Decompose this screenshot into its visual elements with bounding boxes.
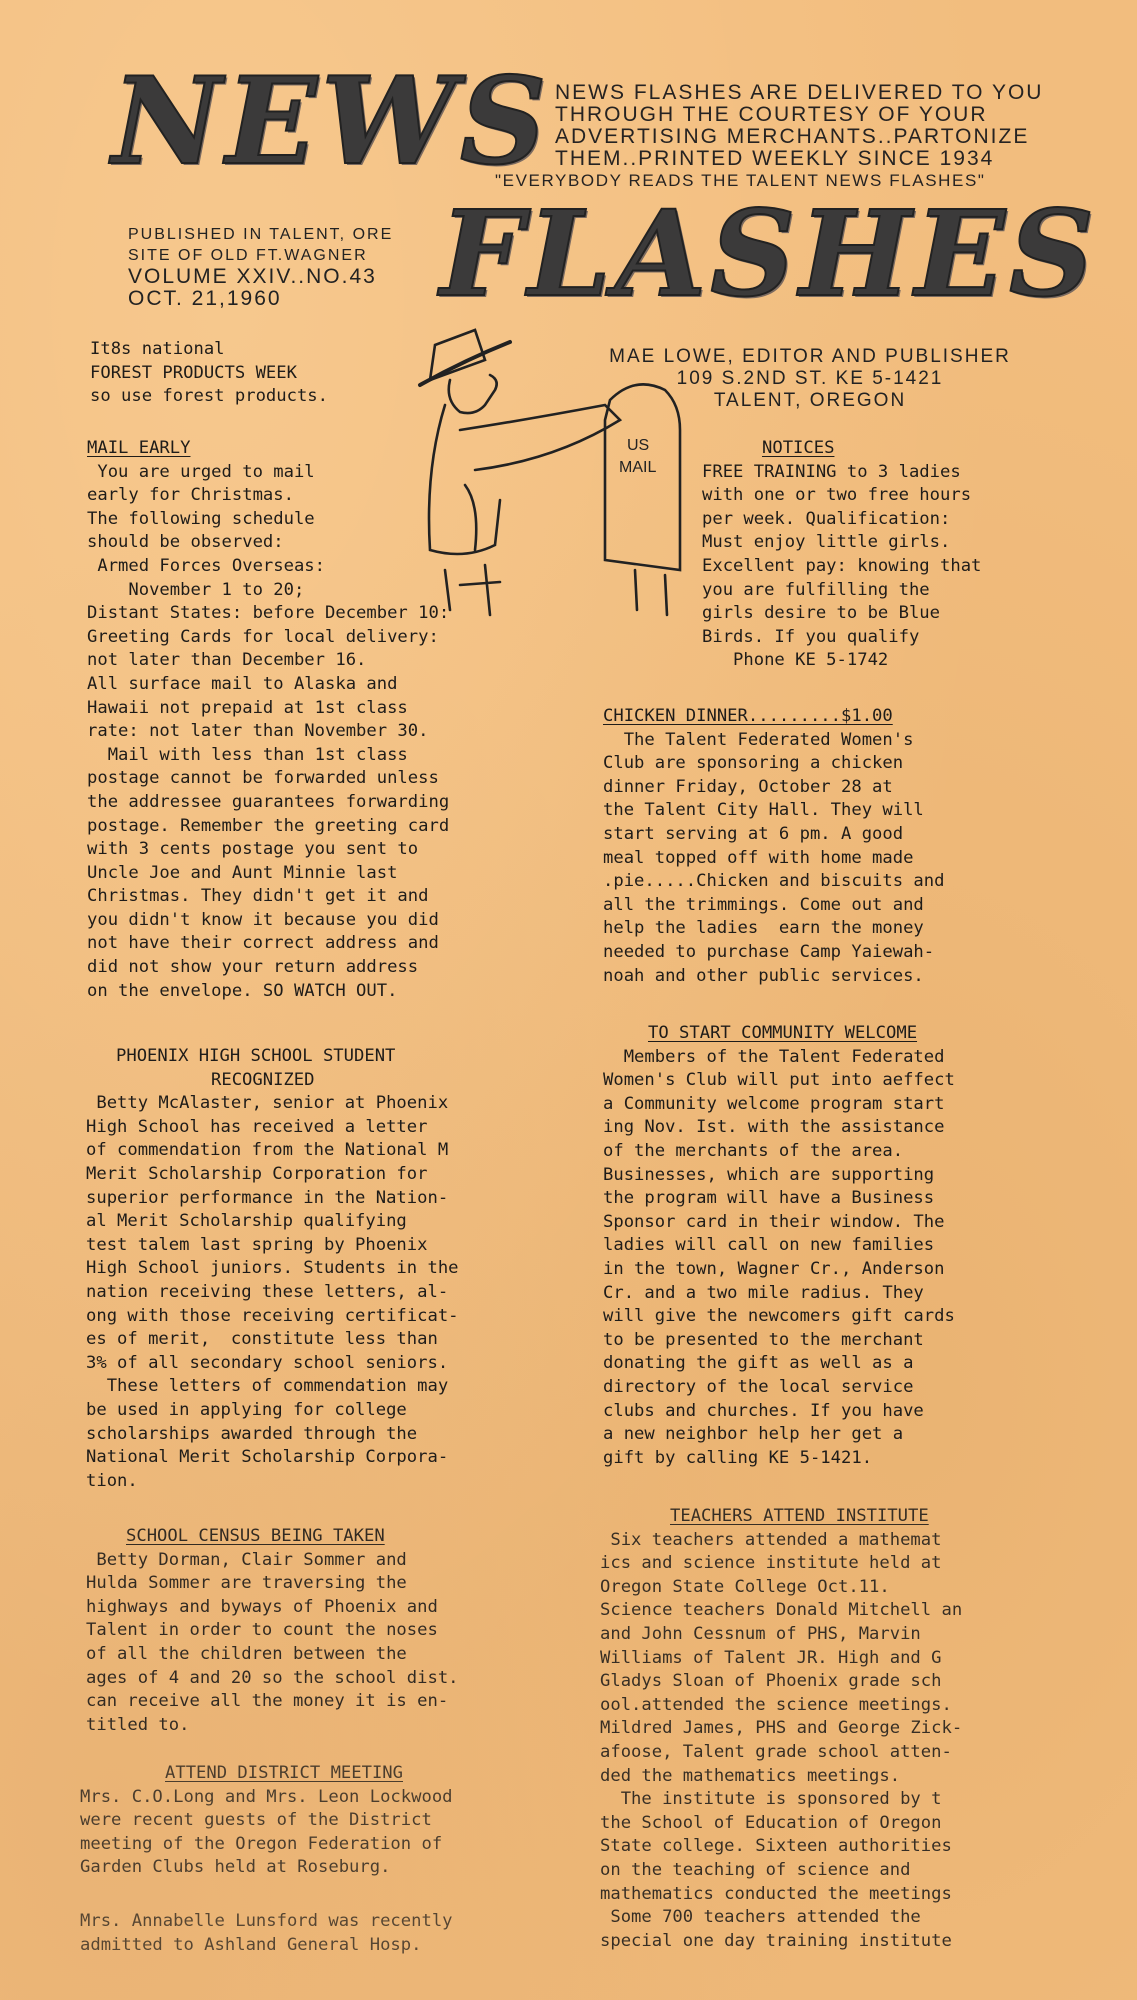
article-headline: ATTEND DISTRICT MEETING <box>165 1762 403 1786</box>
tagline-line: ADVERTISING MERCHANTS..PARTONIZE <box>555 126 1095 148</box>
publication-date: OCT. 21,1960 <box>128 288 393 310</box>
article-headline: CHICKEN DINNER.........$1.00 <box>603 705 893 729</box>
article-headline: MAIL EARLY <box>87 437 190 461</box>
masthead-slogan: "EVERYBODY READS THE TALENT NEWS FLASHES… <box>495 170 1095 192</box>
mailbox-icon <box>605 384 680 615</box>
article-community-welcome: TO START COMMUNITY WELCOME Members of th… <box>603 1022 955 1470</box>
article-headline: NOTICES <box>762 437 834 461</box>
article-body: Mrs. C.O.Long and Mrs. Leon Lockwood wer… <box>80 1787 453 1878</box>
article-hospital-notice: Mrs. Annabelle Lunsford was recently adm… <box>80 1910 453 1957</box>
publication-info: PUBLISHED IN TALENT, ORE SITE OF OLD FT.… <box>128 224 393 310</box>
article-body: Betty Dorman, Clair Sommer and Hulda Som… <box>86 1550 459 1735</box>
article-forest-products: It8s national FOREST PRODUCTS WEEK so us… <box>90 338 328 409</box>
svg-text:US: US <box>627 437 649 454</box>
article-headline: SCHOOL CENSUS BEING TAKEN <box>126 1525 385 1549</box>
masthead-title-news: NEWS <box>112 62 551 182</box>
article-headline: TEACHERS ATTEND INSTITUTE <box>670 1505 929 1529</box>
hat-icon <box>420 330 510 385</box>
article-body: The Talent Federated Women's Club are sp… <box>603 730 944 986</box>
article-headline-cont: RECOGNIZED <box>211 1070 314 1090</box>
article-school-census: SCHOOL CENSUS BEING TAKEN Betty Dorman, … <box>86 1525 459 1737</box>
article-body: You are urged to mail early for Christma… <box>87 462 449 1001</box>
masthead-title-flashes: FLASHES <box>440 195 1098 313</box>
article-body: Six teachers attended a mathemat ics and… <box>600 1530 962 1951</box>
article-district-meeting: ATTEND DISTRICT MEETING Mrs. C.O.Long an… <box>80 1762 453 1880</box>
article-teachers-institute: TEACHERS ATTEND INSTITUTE Six teachers a… <box>600 1505 962 1953</box>
tagline-line: THEM..PRINTED WEEKLY SINCE 1934 <box>555 148 1095 170</box>
tagline-line: NEWS FLASHES ARE DELIVERED TO YOU <box>555 82 1095 104</box>
article-chicken-dinner: CHICKEN DINNER.........$1.00 The Talent … <box>603 705 944 988</box>
masthead-tagline: NEWS FLASHES ARE DELIVERED TO YOU THROUG… <box>555 82 1095 192</box>
article-headline: PHOENIX HIGH SCHOOL STUDENT <box>116 1046 395 1066</box>
publication-site: SITE OF OLD FT.WAGNER <box>128 245 393 266</box>
newspaper-page: NEWS FLASHES NEWS FLASHES ARE DELIVERED … <box>0 0 1137 2000</box>
article-headline: TO START COMMUNITY WELCOME <box>648 1022 917 1046</box>
svg-text:MAIL: MAIL <box>619 459 656 476</box>
article-notices: NOTICES FREE TRAINING to 3 ladies with o… <box>702 437 981 673</box>
article-body: Betty McAlaster, senior at Phoenix High … <box>86 1093 459 1491</box>
article-mail-early: MAIL EARLY You are urged to mail early f… <box>87 437 449 1003</box>
article-body: FREE TRAINING to 3 ladies with one or tw… <box>702 462 981 671</box>
article-body: Members of the Talent Federated Women's … <box>603 1047 955 1468</box>
publication-place: PUBLISHED IN TALENT, ORE <box>128 224 393 245</box>
article-phoenix-student: PHOENIX HIGH SCHOOL STUDENT RECOGNIZED B… <box>86 1045 459 1493</box>
tagline-line: THROUGH THE COURTESY OF YOUR <box>555 104 1095 126</box>
publication-volume: VOLUME XXIV..NO.43 <box>128 266 393 288</box>
